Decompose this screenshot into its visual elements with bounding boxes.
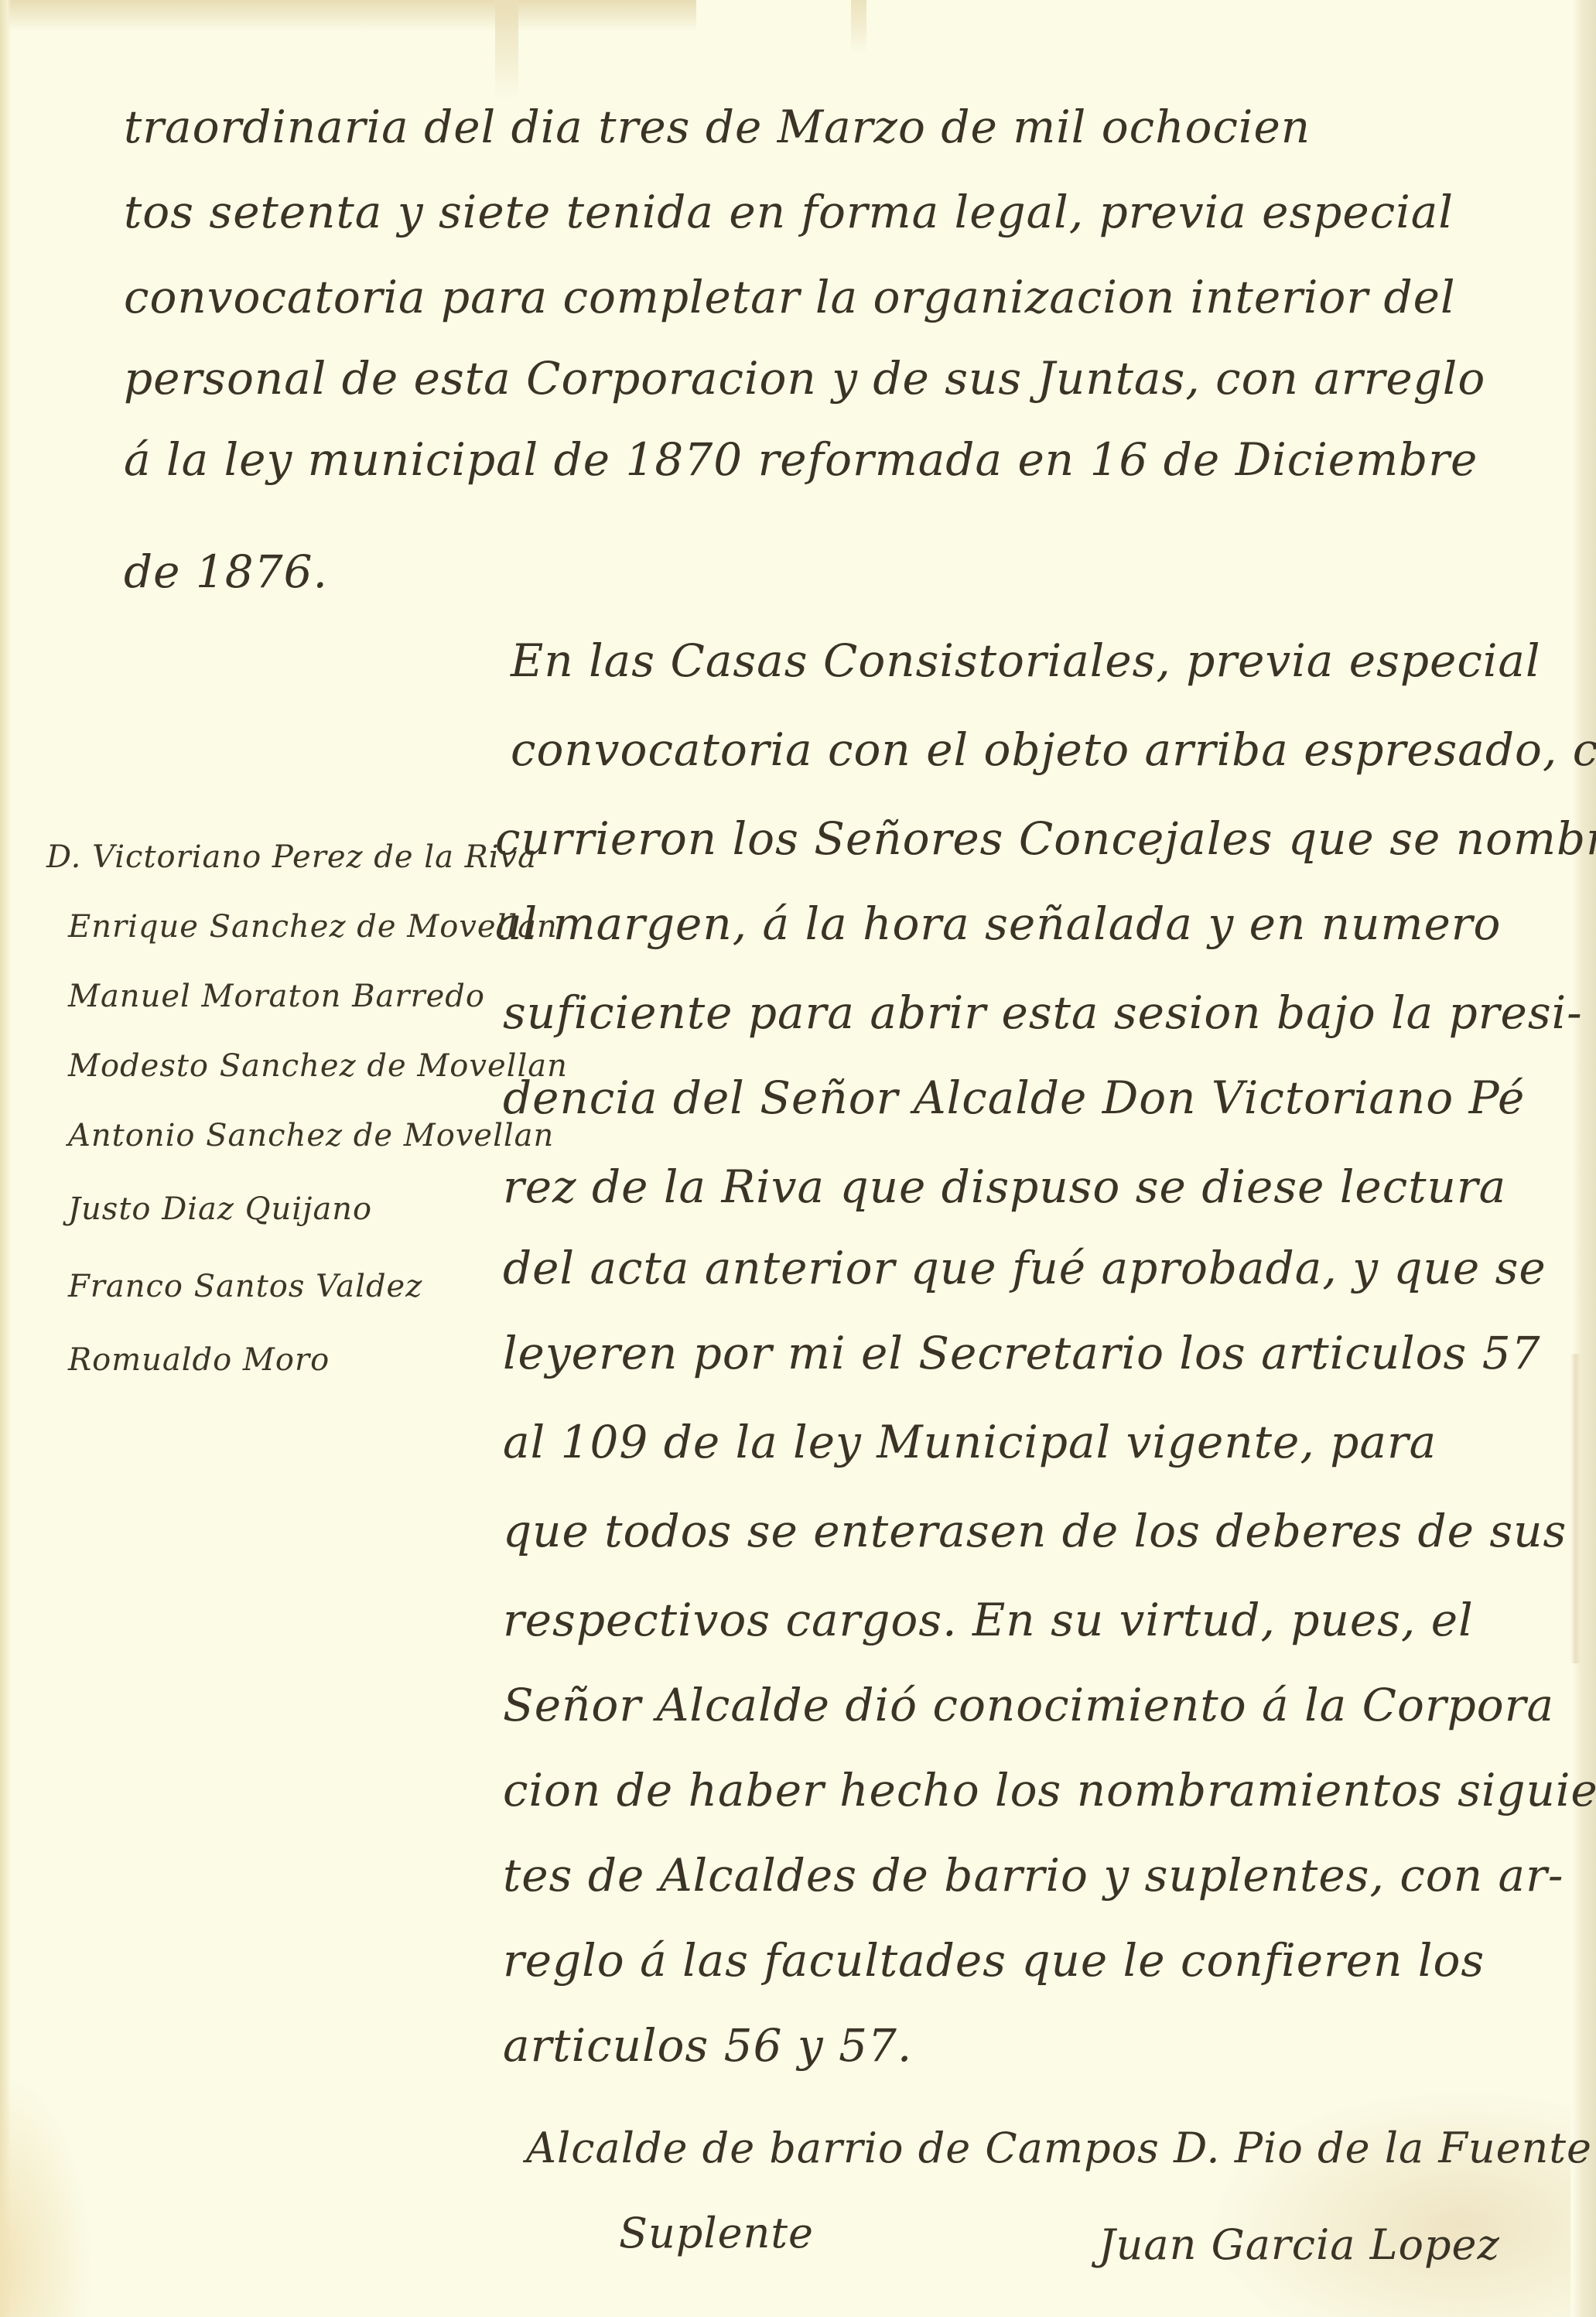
body-line: al 109 de la ley Municipal vigente, para: [503, 1416, 1437, 1468]
body-line: convocatoria con el objeto arriba espres…: [511, 723, 1596, 776]
manuscript-page: traordinaria del dia tres de Marzo de mi…: [0, 0, 1596, 2317]
margin-name: Enrique Sanchez de Movellan: [68, 909, 558, 945]
body-line: tes de Alcaldes de barrio y suplentes, c…: [503, 1849, 1564, 1902]
body-line: al margen, á la hora señalada y en numer…: [495, 897, 1501, 950]
body-line: reglo á las facultades que le confieren …: [503, 1934, 1485, 1987]
body-line: á la ley municipal de 1870 reformada en …: [124, 433, 1478, 486]
body-line: rez de la Riva que dispuso se diese lect…: [503, 1160, 1506, 1213]
paper-stain-drip: [495, 0, 518, 101]
margin-name: Justo Diaz Quijano: [68, 1191, 372, 1227]
body-line: personal de esta Corporacion y de sus Ju…: [124, 352, 1485, 405]
body-line: Señor Alcalde dió conocimiento á la Corp…: [503, 1679, 1554, 1731]
body-line: dencia del Señor Alcalde Don Victoriano …: [503, 1071, 1525, 1124]
paper-stain-top: [0, 0, 696, 31]
margin-name: Antonio Sanchez de Movellan: [68, 1118, 554, 1153]
body-line: que todos se enterasen de los deberes de…: [503, 1505, 1567, 1557]
suplente-name: Juan Garcia Lopez: [1099, 2220, 1500, 2269]
margin-name: Franco Santos Valdez: [68, 1269, 422, 1304]
body-line: currieron los Señores Concejales que se …: [495, 812, 1596, 865]
body-line: convocatoria para completar la organizac…: [124, 271, 1456, 323]
margin-name: Romualdo Moro: [68, 1342, 330, 1378]
page-left-edge: [0, 0, 11, 2317]
paper-stain-bottom-left: [0, 2073, 93, 2317]
margin-name: Modesto Sanchez de Movellan: [68, 1048, 568, 1084]
paper-stain-drip: [851, 0, 866, 54]
body-line: respectivos cargos. En su virtud, pues, …: [503, 1594, 1474, 1646]
body-line: cion de haber hecho los nombramientos si…: [503, 1764, 1596, 1816]
body-line: tos setenta y siete tenida en forma lega…: [124, 186, 1454, 238]
body-line: En las Casas Consistoriales, previa espe…: [511, 634, 1541, 687]
body-line: leyeren por mi el Secretario los articul…: [503, 1327, 1541, 1379]
body-line: articulos 56 y 57.: [503, 2019, 912, 2072]
margin-name: D. Victoriano Perez de la Riva: [46, 839, 537, 875]
appointment-line: Alcalde de barrio de Campos D. Pio de la…: [526, 2124, 1596, 2172]
body-line: traordinaria del dia tres de Marzo de mi…: [124, 101, 1311, 153]
suplente-label: Suplente: [619, 2209, 814, 2257]
body-line: de 1876.: [124, 545, 328, 598]
body-line: suficiente para abrir esta sesion bajo l…: [503, 986, 1583, 1039]
body-line: del acta anterior que fué aprobada, y qu…: [503, 1242, 1546, 1294]
margin-name: Manuel Moraton Barredo: [68, 979, 485, 1014]
page-fold: [1570, 1354, 1581, 1663]
page-right-edge: [1573, 0, 1596, 2317]
